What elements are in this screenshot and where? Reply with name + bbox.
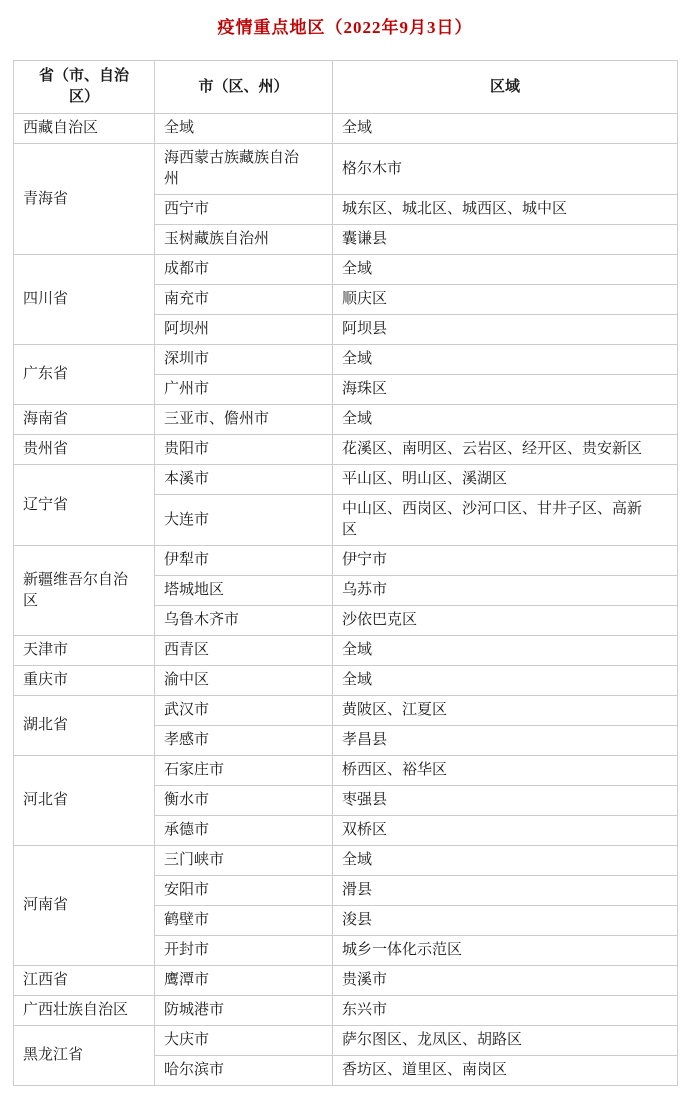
region-cell: 浚县 xyxy=(333,906,678,936)
province-cell: 河南省 xyxy=(14,846,155,966)
table-row: 辽宁省本溪市平山区、明山区、溪湖区 xyxy=(14,465,678,495)
city-cell: 衡水市 xyxy=(155,786,333,816)
header-row: 省（市、自治区） 市（区、州） 区域 xyxy=(14,61,678,114)
region-cell: 东兴市 xyxy=(333,996,678,1026)
table-row: 海南省三亚市、儋州市全域 xyxy=(14,405,678,435)
province-cell: 新疆维吾尔自治区 xyxy=(14,546,155,636)
city-cell: 乌鲁木齐市 xyxy=(155,606,333,636)
city-cell: 塔城地区 xyxy=(155,576,333,606)
table-row: 贵州省贵阳市花溪区、南明区、云岩区、经开区、贵安新区 xyxy=(14,435,678,465)
city-cell: 本溪市 xyxy=(155,465,333,495)
table-row: 江西省鹰潭市贵溪市 xyxy=(14,966,678,996)
region-cell: 全域 xyxy=(333,846,678,876)
city-cell: 西宁市 xyxy=(155,195,333,225)
region-cell: 平山区、明山区、溪湖区 xyxy=(333,465,678,495)
table-row: 黑龙江省大庆市萨尔图区、龙凤区、胡路区 xyxy=(14,1026,678,1056)
city-cell: 大连市 xyxy=(155,495,333,546)
city-cell: 鹤壁市 xyxy=(155,906,333,936)
col-header-region: 区域 xyxy=(333,61,678,114)
region-cell: 双桥区 xyxy=(333,816,678,846)
region-cell: 海珠区 xyxy=(333,375,678,405)
col-header-city: 市（区、州） xyxy=(155,61,333,114)
region-cell: 香坊区、道里区、南岗区 xyxy=(333,1056,678,1086)
city-cell: 成都市 xyxy=(155,255,333,285)
province-cell: 黑龙江省 xyxy=(14,1026,155,1086)
city-cell: 渝中区 xyxy=(155,666,333,696)
province-cell: 西藏自治区 xyxy=(14,114,155,144)
table-row: 天津市西青区全域 xyxy=(14,636,678,666)
city-cell: 全域 xyxy=(155,114,333,144)
city-cell: 大庆市 xyxy=(155,1026,333,1056)
region-cell: 伊宁市 xyxy=(333,546,678,576)
region-cell: 全域 xyxy=(333,666,678,696)
region-cell: 城乡一体化示范区 xyxy=(333,936,678,966)
table-row: 西藏自治区全域全域 xyxy=(14,114,678,144)
city-cell: 鹰潭市 xyxy=(155,966,333,996)
region-cell: 滑县 xyxy=(333,876,678,906)
city-cell: 贵阳市 xyxy=(155,435,333,465)
region-cell: 贵溪市 xyxy=(333,966,678,996)
table-row: 新疆维吾尔自治区伊犁市伊宁市 xyxy=(14,546,678,576)
table-row: 四川省成都市全域 xyxy=(14,255,678,285)
region-cell: 格尔木市 xyxy=(333,144,678,195)
table-row: 重庆市渝中区全域 xyxy=(14,666,678,696)
city-cell: 海西蒙古族藏族自治州 xyxy=(155,144,333,195)
city-cell: 三亚市、儋州市 xyxy=(155,405,333,435)
province-cell: 河北省 xyxy=(14,756,155,846)
province-cell: 江西省 xyxy=(14,966,155,996)
region-cell: 顺庆区 xyxy=(333,285,678,315)
region-cell: 全域 xyxy=(333,345,678,375)
table-row: 广东省深圳市全域 xyxy=(14,345,678,375)
region-cell: 桥西区、裕华区 xyxy=(333,756,678,786)
region-cell: 全域 xyxy=(333,405,678,435)
region-cell: 萨尔图区、龙凤区、胡路区 xyxy=(333,1026,678,1056)
region-cell: 中山区、西岗区、沙河口区、甘井子区、高新区 xyxy=(333,495,678,546)
table-row: 河南省三门峡市全域 xyxy=(14,846,678,876)
province-cell: 海南省 xyxy=(14,405,155,435)
city-cell: 安阳市 xyxy=(155,876,333,906)
col-header-province: 省（市、自治区） xyxy=(14,61,155,114)
province-cell: 贵州省 xyxy=(14,435,155,465)
province-cell: 天津市 xyxy=(14,636,155,666)
city-cell: 开封市 xyxy=(155,936,333,966)
region-cell: 乌苏市 xyxy=(333,576,678,606)
table-row: 湖北省武汉市黄陂区、江夏区 xyxy=(14,696,678,726)
province-cell: 四川省 xyxy=(14,255,155,345)
province-cell: 湖北省 xyxy=(14,696,155,756)
region-cell: 枣强县 xyxy=(333,786,678,816)
region-cell: 孝昌县 xyxy=(333,726,678,756)
region-cell: 黄陂区、江夏区 xyxy=(333,696,678,726)
city-cell: 石家庄市 xyxy=(155,756,333,786)
table-row: 青海省海西蒙古族藏族自治州格尔木市 xyxy=(14,144,678,195)
city-cell: 玉树藏族自治州 xyxy=(155,225,333,255)
city-cell: 深圳市 xyxy=(155,345,333,375)
province-cell: 重庆市 xyxy=(14,666,155,696)
city-cell: 孝感市 xyxy=(155,726,333,756)
province-cell: 广东省 xyxy=(14,345,155,405)
city-cell: 南充市 xyxy=(155,285,333,315)
region-cell: 全域 xyxy=(333,636,678,666)
province-cell: 辽宁省 xyxy=(14,465,155,546)
province-cell: 广西壮族自治区 xyxy=(14,996,155,1026)
city-cell: 伊犁市 xyxy=(155,546,333,576)
table-row: 广西壮族自治区防城港市东兴市 xyxy=(14,996,678,1026)
city-cell: 防城港市 xyxy=(155,996,333,1026)
region-cell: 城东区、城北区、城西区、城中区 xyxy=(333,195,678,225)
region-cell: 沙依巴克区 xyxy=(333,606,678,636)
page-title: 疫情重点地区（2022年9月3日） xyxy=(0,13,690,38)
city-cell: 武汉市 xyxy=(155,696,333,726)
region-cell: 全域 xyxy=(333,255,678,285)
city-cell: 阿坝州 xyxy=(155,315,333,345)
province-cell: 青海省 xyxy=(14,144,155,255)
city-cell: 哈尔滨市 xyxy=(155,1056,333,1086)
region-cell: 花溪区、南明区、云岩区、经开区、贵安新区 xyxy=(333,435,678,465)
epidemic-key-areas-table: 省（市、自治区） 市（区、州） 区域 西藏自治区全域全域青海省海西蒙古族藏族自治… xyxy=(13,60,678,1086)
city-cell: 三门峡市 xyxy=(155,846,333,876)
table-row: 河北省石家庄市桥西区、裕华区 xyxy=(14,756,678,786)
city-cell: 西青区 xyxy=(155,636,333,666)
city-cell: 承德市 xyxy=(155,816,333,846)
city-cell: 广州市 xyxy=(155,375,333,405)
article-page: 疫情重点地区（2022年9月3日） 省（市、自治区） 市（区、州） 区域 西藏自… xyxy=(0,13,690,1086)
region-cell: 囊谦县 xyxy=(333,225,678,255)
region-cell: 全域 xyxy=(333,114,678,144)
region-cell: 阿坝县 xyxy=(333,315,678,345)
